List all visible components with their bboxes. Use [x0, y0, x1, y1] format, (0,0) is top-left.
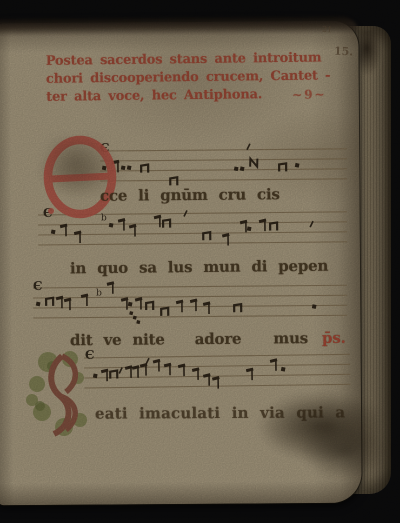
chant-text-line-3: dit ve nite adore mus p̄s.: [70, 329, 346, 349]
initial-e: [42, 134, 122, 220]
svg-text:Є: Є: [33, 279, 43, 293]
chant-segment: adore: [195, 330, 242, 348]
manuscript-photo: 21 15. Postea sacerdos stans ante introi…: [0, 0, 400, 523]
rubric-line-3: ter alta voce, hec Antiphona.: [46, 86, 262, 107]
rubric-text: Postea sacerdos stans ante introitum cho…: [46, 49, 347, 107]
svg-text:b: b: [96, 288, 102, 298]
pencil-mark: 21: [322, 24, 333, 34]
chant-text-line-1: cce li gnūm cru cis: [100, 185, 280, 205]
chant-segment: mus: [273, 329, 308, 347]
chant-text-line-4: eati imaculati in via qui a: [95, 403, 345, 422]
chant-text-line-2: in quo sa lus mun di pepen: [70, 257, 328, 278]
initial-b: [24, 348, 106, 444]
chant-segment: dit ve nite: [70, 330, 165, 349]
rubric-flourish: ~9~: [292, 85, 327, 103]
psalm-abbreviation: p̄s.: [322, 329, 346, 347]
